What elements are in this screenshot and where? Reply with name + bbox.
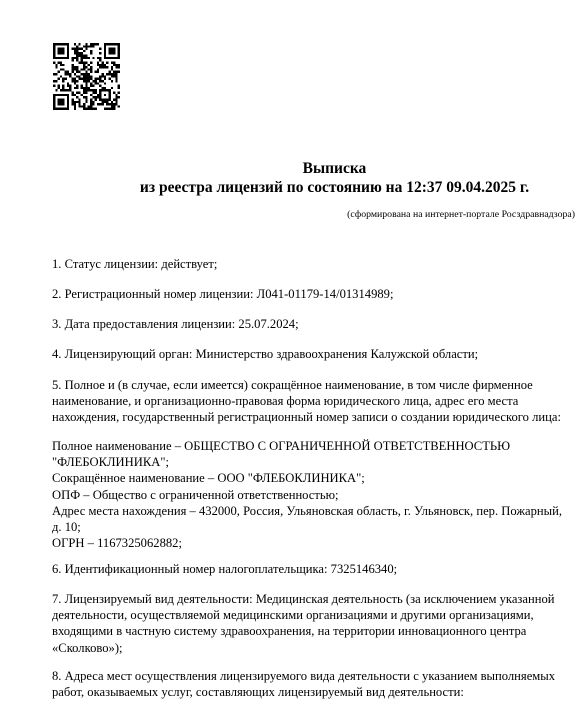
text-line: «Сколково»); — [52, 640, 580, 656]
legal-entity-header: 5. Полное и (в случае, если имеется) сок… — [52, 377, 580, 426]
short-name: Сокращённое наименование – ООО "ФЛЕБОКЛИ… — [52, 470, 580, 486]
qr-code-icon — [53, 43, 120, 110]
legal-entity-details: Полное наименование – ОБЩЕСТВО С ОГРАНИЧ… — [52, 438, 580, 551]
text-line: 5. Полное и (в случае, если имеется) сок… — [52, 377, 580, 393]
licensing-body: 4. Лицензирующий орган: Министерство здр… — [52, 346, 580, 362]
text-line: 7. Лицензируемый вид деятельности: Медиц… — [52, 591, 580, 607]
full-name: Полное наименование – ОБЩЕСТВО С ОГРАНИЧ… — [52, 438, 580, 454]
legal-form: ОПФ – Общество с ограниченной ответствен… — [52, 487, 580, 503]
document-title: Выписка — [42, 159, 585, 179]
text-line: нахождения, государственный регистрацион… — [52, 409, 580, 425]
address: Адрес места нахождения – 432000, Россия,… — [52, 503, 580, 519]
license-status: 1. Статус лицензии: действует; — [52, 256, 580, 272]
ogrn: ОГРН – 1167325062882; — [52, 535, 580, 551]
license-issue-date: 3. Дата предоставления лицензии: 25.07.2… — [52, 316, 580, 332]
document-subtitle: из реестра лицензий по состоянию на 12:3… — [42, 178, 585, 198]
address-cont: д. 10; — [52, 519, 580, 535]
license-reg-number: 2. Регистрационный номер лицензии: Л041-… — [52, 286, 580, 302]
text-line: работ, оказываемых услуг, составляющих л… — [52, 684, 580, 700]
full-name-cont: "ФЛЕБОКЛИНИКА"; — [52, 454, 580, 470]
generated-note: (сформирована на интернет-портале Росздр… — [347, 209, 575, 221]
text-line: деятельности, осуществляемой медицинским… — [52, 607, 580, 623]
text-line: 8. Адреса мест осуществления лицензируем… — [52, 668, 580, 684]
text-line: наименование, и организационно-правовая … — [52, 393, 580, 409]
inn: 6. Идентификационный номер налогоплатель… — [52, 561, 580, 577]
activity-addresses-header: 8. Адреса мест осуществления лицензируем… — [52, 668, 580, 700]
text-line: входящими в частную систему здравоохране… — [52, 623, 580, 639]
licensed-activity: 7. Лицензируемый вид деятельности: Медиц… — [52, 591, 580, 656]
